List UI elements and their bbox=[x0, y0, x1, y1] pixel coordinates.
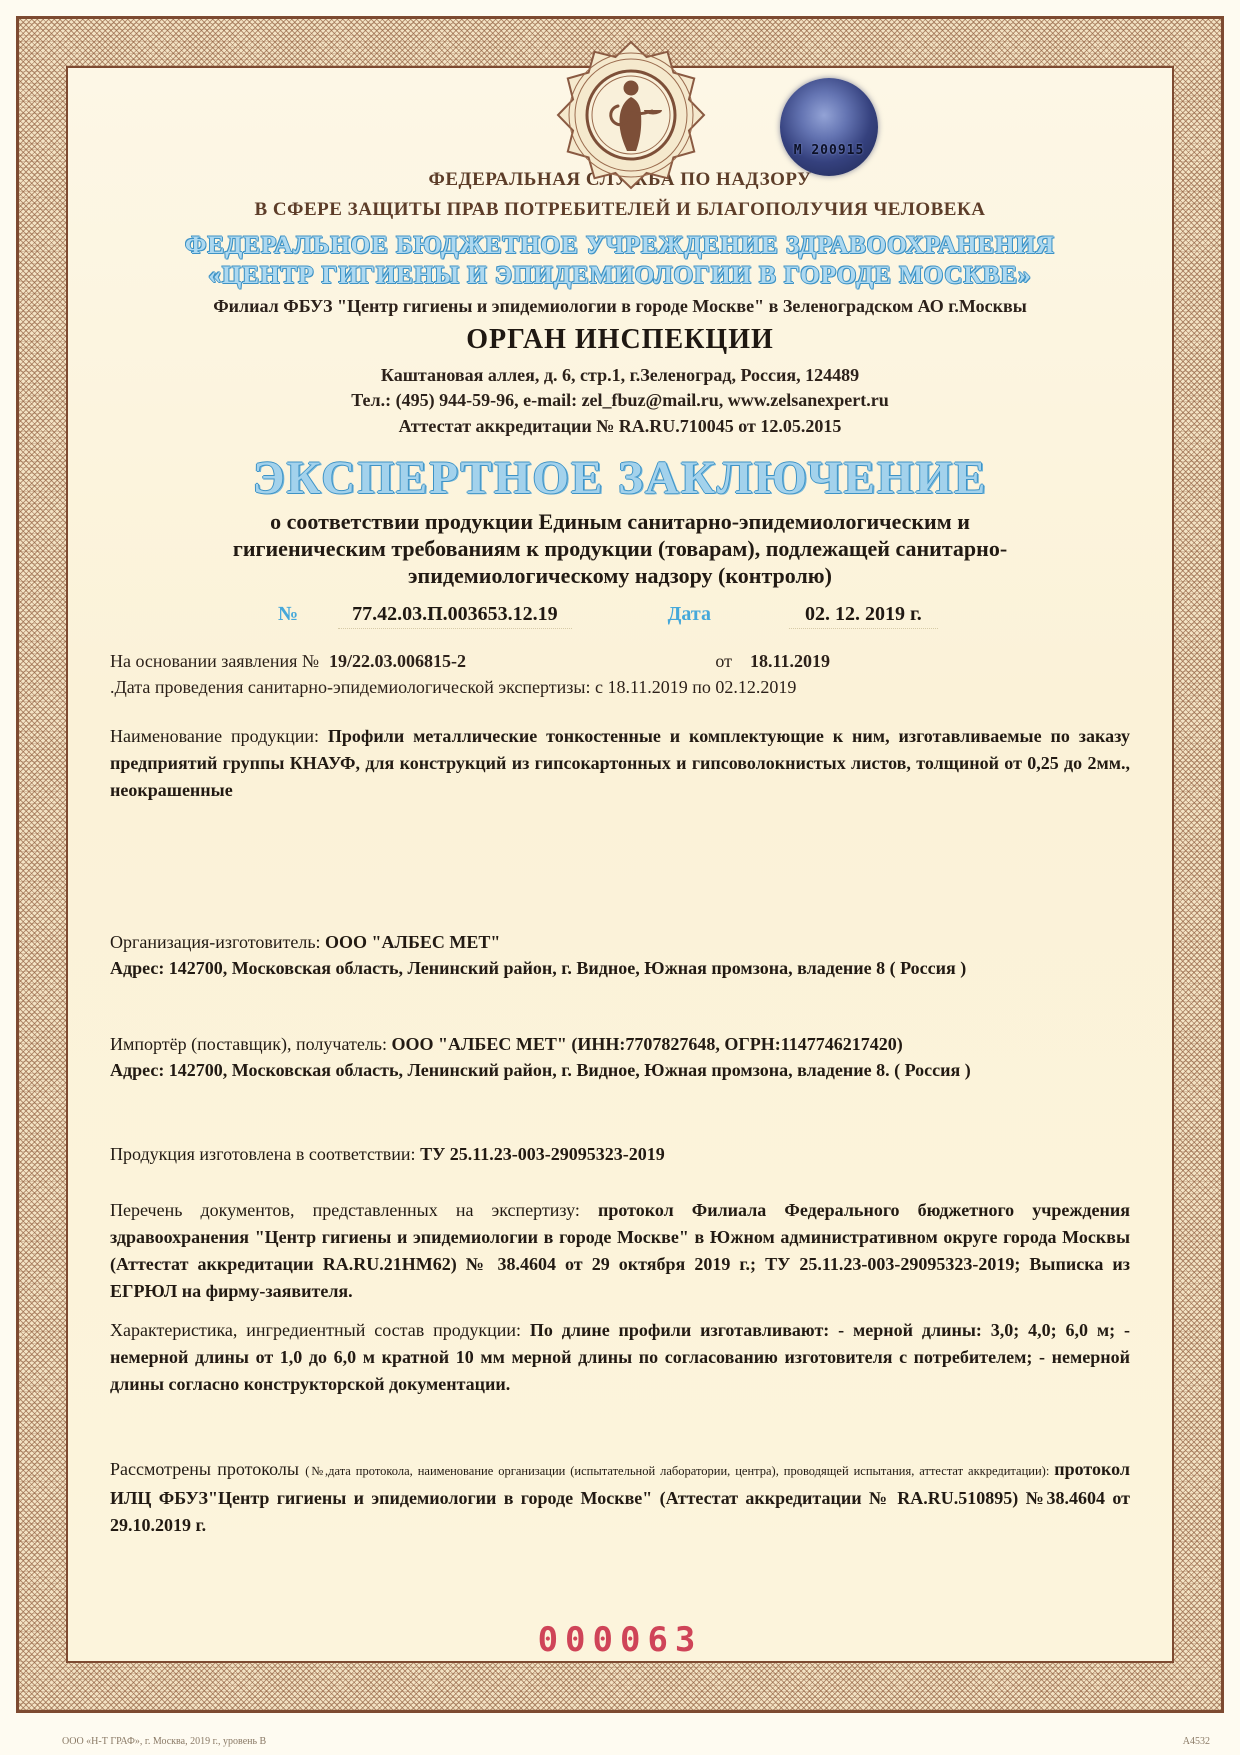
characteristics-label: Характеристика, ингредиентный состав про… bbox=[110, 1320, 530, 1340]
certificate-body: М 200915 ФЕДЕРАЛЬНАЯ СЛУЖБА ПО НАДЗОРУ В… bbox=[66, 66, 1174, 1663]
protocols-paragraph: Рассмотрены протоколы (№,дата протокола,… bbox=[110, 1456, 1130, 1539]
org-accreditation: Аттестат аккредитации № RA.RU.710045 от … bbox=[110, 415, 1130, 438]
product-label: Наименование продукции: bbox=[110, 726, 328, 746]
protocols-label: Рассмотрены протоколы bbox=[110, 1459, 305, 1479]
application-basis-row: На основании заявления № 19/22.03.006815… bbox=[110, 649, 1130, 673]
manufacturer-label: Организация-изготовитель: bbox=[110, 932, 325, 952]
certificate-page: М 200915 ФЕДЕРАЛЬНАЯ СЛУЖБА ПО НАДЗОРУ В… bbox=[0, 0, 1240, 1755]
protocols-note: (№,дата протокола, наименование организа… bbox=[305, 1464, 1054, 1478]
number-label: № bbox=[278, 603, 298, 626]
hologram-sticker: М 200915 bbox=[780, 78, 878, 176]
accordance-label: Продукция изготовлена в соответствии: bbox=[110, 1144, 420, 1164]
importer-block: Импортёр (поставщик), получатель: ООО "А… bbox=[110, 1031, 1130, 1083]
importer-value: ООО "АЛБЕС МЕТ" (ИНН:7707827648, ОГРН:11… bbox=[392, 1034, 903, 1054]
manufacturer-address: Адрес: 142700, Московская область, Ленин… bbox=[110, 955, 1130, 981]
importer-address: Адрес: 142700, Московская область, Ленин… bbox=[110, 1057, 1130, 1083]
form-code: А4532 bbox=[1183, 1736, 1210, 1747]
application-label: На основании заявления № bbox=[110, 649, 319, 673]
printer-imprint: ООО «Н-Т ГРАФ», г. Москва, 2019 г., уров… bbox=[62, 1736, 266, 1747]
documents-label: Перечень документов, представленных на э… bbox=[110, 1200, 598, 1220]
branch-line: Филиал ФБУЗ "Центр гигиены и эпидемиолог… bbox=[110, 295, 1130, 318]
document-subtitle-line2: гигиеническим требованиям к продукции (т… bbox=[110, 535, 1130, 562]
application-from: от18.11.2019 bbox=[715, 649, 830, 673]
accordance-line: Продукция изготовлена в соответствии: ТУ… bbox=[110, 1141, 1130, 1167]
document-subtitle-line1: о соответствии продукции Единым санитарн… bbox=[110, 508, 1130, 535]
manufacturer-block: Организация-изготовитель: ООО "АЛБЕС МЕТ… bbox=[110, 929, 1130, 981]
documents-paragraph: Перечень документов, представленных на э… bbox=[110, 1197, 1130, 1305]
document-number: 77.42.03.П.003653.12.19 bbox=[338, 603, 572, 629]
document-title: ЭКСПЕРТНОЕ ЗАКЛЮЧЕНИЕ bbox=[110, 452, 1130, 504]
application-number: 19/22.03.006815-2 bbox=[329, 649, 466, 673]
application-from-date: 18.11.2019 bbox=[750, 651, 830, 671]
hologram-serial: М 200915 bbox=[794, 143, 865, 158]
inspection-body-title: ОРГАН ИНСПЕКЦИИ bbox=[110, 324, 1130, 356]
org-address: Каштановая аллея, д. 6, стр.1, г.Зеленог… bbox=[110, 364, 1130, 387]
expertise-dates-line: .Дата проведения санитарно-эпидемиологич… bbox=[110, 675, 1130, 699]
guilloche-border-frame: М 200915 ФЕДЕРАЛЬНАЯ СЛУЖБА ПО НАДЗОРУ В… bbox=[16, 16, 1224, 1713]
document-date: 02. 12. 2019 г. bbox=[789, 603, 938, 629]
org-name-line2: «ЦЕНТР ГИГИЕНЫ И ЭПИДЕМИОЛОГИИ В ГОРОДЕ … bbox=[110, 262, 1130, 290]
importer-label: Импортёр (поставщик), получатель: bbox=[110, 1034, 392, 1054]
federal-service-line2: В СФЕРЕ ЗАЩИТЫ ПРАВ ПОТРЕБИТЕЛЕЙ И БЛАГО… bbox=[110, 198, 1130, 222]
org-name-line1: ФЕДЕРАЛЬНОЕ БЮДЖЕТНОЕ УЧРЕЖДЕНИЕ ЗДРАВОО… bbox=[110, 232, 1130, 260]
org-contacts: Тел.: (495) 944-59-96, e-mail: zel_fbuz@… bbox=[110, 389, 1130, 412]
blank-serial-number: 000063 bbox=[68, 1620, 1172, 1660]
characteristics-paragraph: Характеристика, ингредиентный состав про… bbox=[110, 1317, 1130, 1398]
date-label: Дата bbox=[668, 603, 711, 626]
document-subtitle-line3: эпидемиологическому надзору (контролю) bbox=[110, 562, 1130, 589]
number-date-row: № 77.42.03.П.003653.12.19 Дата 02. 12. 2… bbox=[110, 603, 1130, 629]
manufacturer-value: ООО "АЛБЕС МЕТ" bbox=[325, 932, 500, 952]
product-name-paragraph: Наименование продукции: Профили металлич… bbox=[110, 723, 1130, 804]
hygieia-rosette-icon bbox=[556, 40, 706, 190]
from-label: от bbox=[715, 651, 732, 671]
accordance-value: ТУ 25.11.23-003-29095323-2019 bbox=[420, 1144, 665, 1164]
